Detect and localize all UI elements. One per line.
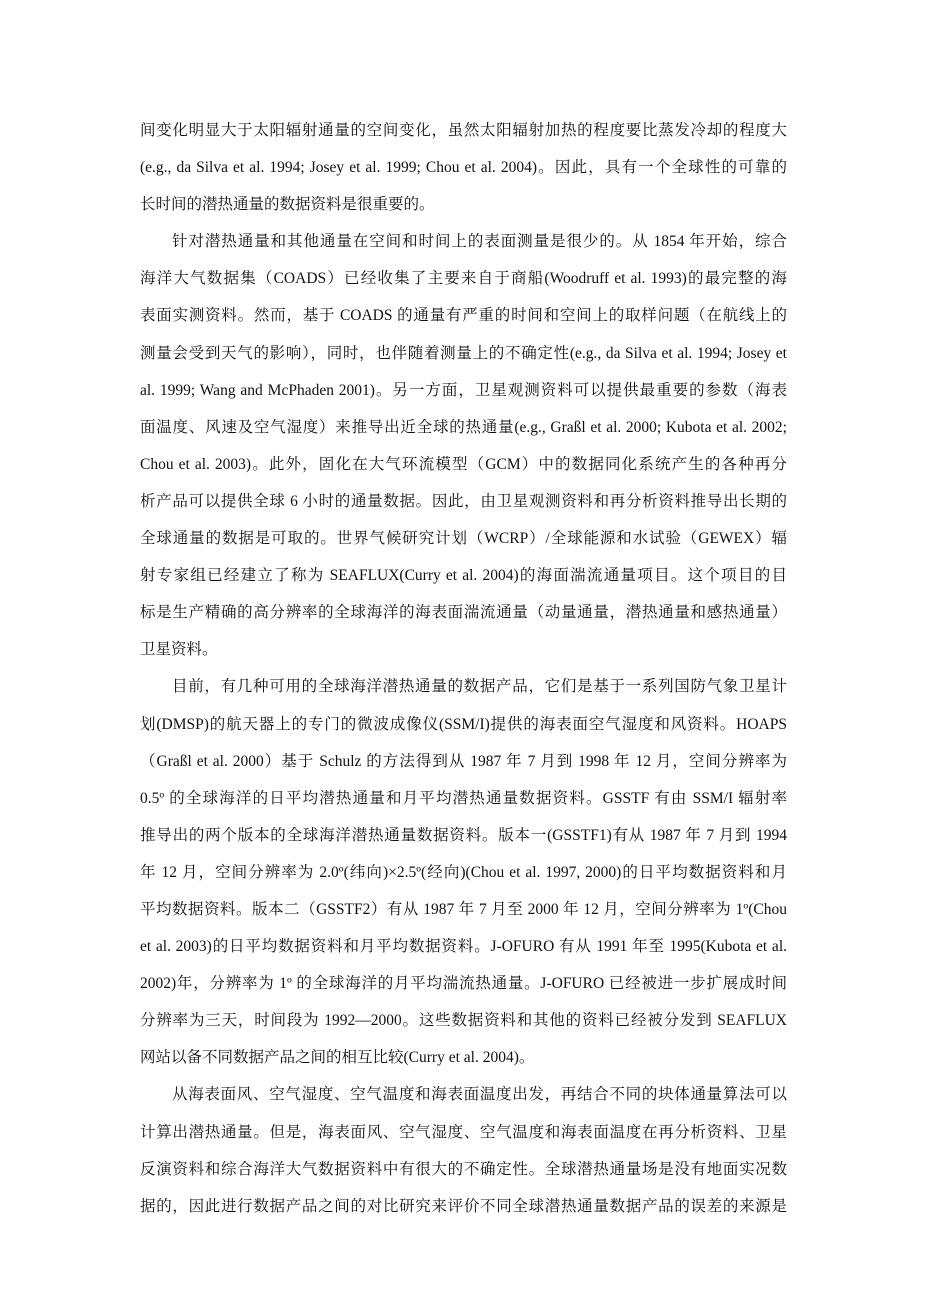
text-line: 面温度、风速及空气湿度）来推导出近全球的热通量(e.g., Graßl et a… [140, 409, 787, 446]
text-line: 推导出的两个版本的全球海洋潜热通量数据资料。版本一(GSSTF1)有从 1987… [140, 817, 787, 854]
paragraph-2: 针对潜热通量和其他通量在空间和时间上的表面测量是很少的。从 1854 年开始，综… [140, 223, 787, 668]
text-line: 析产品可以提供全球 6 小时的通量数据。因此，由卫星观测资料和再分析资料推导出长… [140, 483, 787, 520]
text-line: 目前，有几种可用的全球海洋潜热通量的数据产品，它们是基于一系列国防气象卫星计 [140, 668, 787, 705]
text-line: 平均数据资料。版本二（GSSTF2）有从 1987 年 7 月至 2000 年 … [140, 891, 787, 928]
paragraph-4: 从海表面风、空气湿度、空气温度和海表面温度出发，再结合不同的块体通量算法可以 计… [140, 1076, 787, 1224]
text-line: 全球通量的数据是可取的。世界气候研究计划（WCRP）/全球能源和水试验（GEWE… [140, 520, 787, 557]
text-line: 反演资料和综合海洋大气数据资料中有很大的不确定性。全球潜热通量场是没有地面实况数 [140, 1151, 787, 1188]
text-line: 年 12 月，空间分辨率为 2.0º(纬向)×2.5º(经向)(Chou et … [140, 854, 787, 891]
text-line: 据的，因此进行数据产品之间的对比研究来评价不同全球潜热通量数据产品的误差的来源是 [140, 1188, 787, 1225]
text-line: 划(DMSP)的航天器上的专门的微波成像仪(SSM/I)提供的海表面空气湿度和风… [140, 706, 787, 743]
text-line: 海洋大气数据集（COADS）已经收集了主要来自于商船(Woodruff et a… [140, 260, 787, 297]
text-line: （Graßl et al. 2000）基于 Schulz 的方法得到从 1987… [140, 743, 787, 780]
text-line: 分辨率为三天，时间段为 1992—2000。这些数据资料和其他的资料已经被分发到… [140, 1002, 787, 1039]
paragraph-3: 目前，有几种可用的全球海洋潜热通量的数据产品，它们是基于一系列国防气象卫星计 划… [140, 668, 787, 1076]
text-line: 长时间的潜热通量的数据资料是很重要的。 [140, 186, 787, 223]
text-line: 2002)年，分辨率为 1º 的全球海洋的月平均湍流热通量。J-OFURO 已经… [140, 965, 787, 1002]
text-line: 表面实测资料。然而，基于 COADS 的通量有严重的时间和空间上的取样问题（在航… [140, 297, 787, 334]
text-line: 卫星资料。 [140, 631, 787, 668]
text-line: et al. 2003)的日平均数据资料和月平均数据资料。J-OFURO 有从 … [140, 928, 787, 965]
text-line: (e.g., da Silva et al. 1994; Josey et al… [140, 149, 787, 186]
document-page: 间变化明显大于太阳辐射通量的空间变化，虽然太阳辐射加热的程度要比蒸发冷却的程度大… [140, 112, 787, 1225]
text-line: 网站以备不同数据产品之间的相互比较(Curry et al. 2004)。 [140, 1039, 787, 1076]
text-line: 测量会受到天气的影响），同时，也伴随着测量上的不确定性(e.g., da Sil… [140, 335, 787, 372]
paragraph-1: 间变化明显大于太阳辐射通量的空间变化，虽然太阳辐射加热的程度要比蒸发冷却的程度大… [140, 112, 787, 223]
text-line: 射专家组已经建立了称为 SEAFLUX(Curry et al. 2004)的海… [140, 557, 787, 594]
text-line: 间变化明显大于太阳辐射通量的空间变化，虽然太阳辐射加热的程度要比蒸发冷却的程度大 [140, 112, 787, 149]
text-line: Chou et al. 2003)。此外，固化在大气环流模型（GCM）中的数据同… [140, 446, 787, 483]
text-line: 0.5º 的全球海洋的日平均潜热通量和月平均潜热通量数据资料。GSSTF 有由 … [140, 780, 787, 817]
text-line: 针对潜热通量和其他通量在空间和时间上的表面测量是很少的。从 1854 年开始，综… [140, 223, 787, 260]
text-line: 标是生产精确的高分辨率的全球海洋的海表面湍流通量（动量通量，潜热通量和感热通量） [140, 594, 787, 631]
text-line: 从海表面风、空气湿度、空气温度和海表面温度出发，再结合不同的块体通量算法可以 [140, 1076, 787, 1113]
text-line: 计算出潜热通量。但是，海表面风、空气湿度、空气温度和海表面温度在再分析资料、卫星 [140, 1114, 787, 1151]
text-line: al. 1999; Wang and McPhaden 2001)。另一方面，卫… [140, 372, 787, 409]
